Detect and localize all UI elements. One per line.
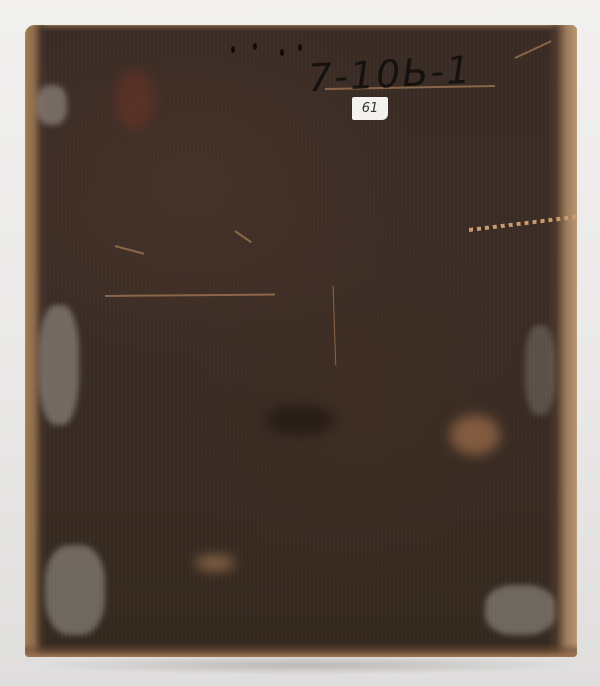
worn-patch-right [450, 415, 500, 455]
dark-patch [265, 405, 335, 435]
chalk-residue-left-top [37, 85, 67, 125]
chalk-residue-right-mid [525, 325, 555, 415]
vertical-scratch [333, 285, 337, 365]
number-label-sticker: 61 [352, 97, 388, 120]
horizontal-scratch [105, 294, 275, 297]
top-edge [25, 25, 577, 31]
chalk-residue-left-bottom [45, 545, 105, 635]
board-shadow [30, 655, 575, 675]
photo-scene: 7-10Ь-1 61 [0, 0, 600, 686]
handwritten-inventory-number: 7-10Ь-1 [307, 48, 473, 101]
label-number: 61 [362, 101, 379, 116]
nail-hole [280, 49, 284, 56]
small-scratch [115, 245, 144, 255]
wooden-panel-back [25, 25, 577, 657]
chalk-residue-left-mid [39, 305, 79, 425]
bottom-edge-worn-wood [25, 643, 577, 657]
diagonal-scratch [234, 230, 252, 243]
reddish-stain [115, 70, 155, 130]
nail-hole [298, 44, 302, 51]
nail-hole [253, 43, 257, 50]
worn-patch-bottom [195, 555, 235, 571]
chalk-residue-right-bottom [485, 585, 555, 635]
nail-hole [231, 46, 235, 53]
